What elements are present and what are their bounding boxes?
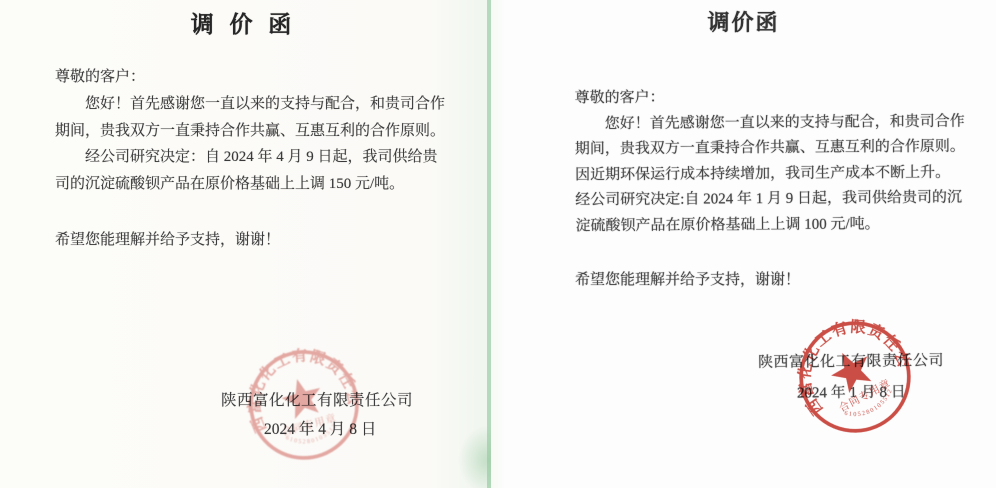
signature-company: 陕西富化化工有限责任公司	[221, 388, 413, 410]
body-line: 淀硫酸钡产品在原价格基础上上调 100 元/吨。	[575, 212, 975, 240]
body-line: 期间，贵我双方一直秉持合作共赢、互惠互利的合作原则。	[575, 135, 975, 163]
letter-page-right: 调价函 尊敬的客户： 您好！首先感谢您一直以来的支持与配合，和贵司合作 期间，贵…	[491, 0, 996, 488]
body-line: 司的沉淀硫酸钡产品在原价格基础上上调 150 元/吨。	[55, 171, 430, 198]
contract-seal-stamp: 陕西富化化工有限责任公司 合同专用章 6105280105512	[775, 297, 935, 457]
closing-line: 希望您能理解并给予支持，谢谢！	[575, 268, 800, 289]
salutation: 尊敬的客户：	[55, 64, 430, 91]
body-line: 因近期环保运行成本持续增加，我司生产成本不断上升。	[575, 160, 975, 188]
signature-date: 2024 年 4 月 8 日	[264, 417, 376, 439]
letter-title: 调价函	[491, 6, 996, 37]
signature-date: 2024 年 1 月 8 日	[797, 380, 906, 402]
letter-page-left: 调 价 函 尊敬的客户： 您好！首先感谢您一直以来的支持与配合，和贵司合作 期间…	[0, 0, 487, 488]
body-line: 期间，贵我双方一直秉持合作共赢、互惠互利的合作原则。	[55, 118, 430, 145]
seal-ring	[782, 304, 928, 450]
body-line: 经公司研究决定:自 2024 年 1 月 9 日起，我司供给贵司的沉	[575, 186, 975, 214]
seal-graphic: 陕西富化化工有限责任公司 合同专用章 6105280105512	[775, 297, 935, 457]
letter-body: 尊敬的客户： 您好！首先感谢您一直以来的支持与配合，和贵司合作 期间，贵我双方一…	[574, 84, 975, 240]
letter-title: 调 价 函	[0, 6, 487, 39]
body-line: 您好！首先感谢您一直以来的支持与配合，和贵司合作	[575, 109, 975, 137]
salutation: 尊敬的客户：	[574, 84, 974, 112]
signature-company: 陕西富化化工有限责任公司	[758, 349, 944, 372]
letter-body: 尊敬的客户： 您好！首先感谢您一直以来的支持与配合，和贵司合作 期间，贵我双方一…	[55, 64, 430, 198]
closing-line: 希望您能理解并给予支持，谢谢！	[55, 228, 280, 249]
body-line: 您好！首先感谢您一直以来的支持与配合，和贵司合作	[55, 91, 430, 118]
body-line: 经公司研究决定：自 2024 年 4 月 9 日起，我司供给贵	[55, 144, 430, 171]
